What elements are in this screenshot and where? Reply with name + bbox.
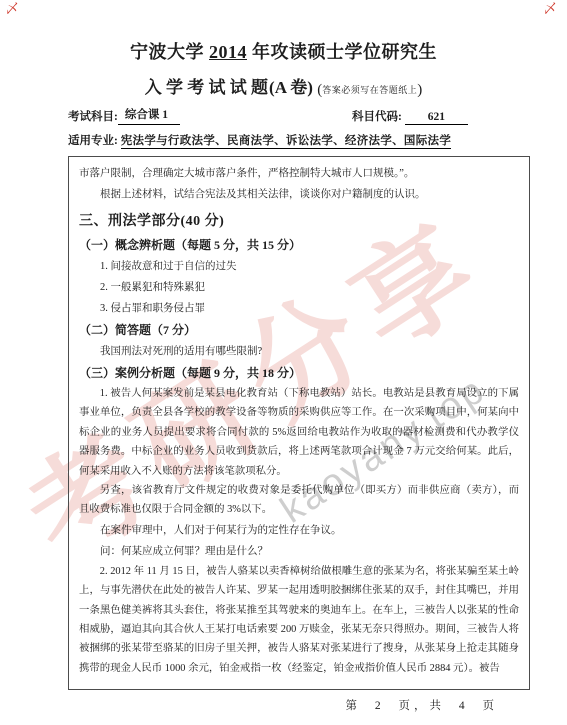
question-item: 我国刑法对死刑的适用有哪些限制? xyxy=(79,341,519,362)
page-title: 宁波大学2014年攻读硕士学位研究生 xyxy=(0,38,567,64)
body-line: 市落户限制，合理确定大城市落户条件，严格控制特大城市人口规模。”。 xyxy=(79,163,519,184)
title-university: 宁波大学 xyxy=(130,42,204,62)
case-line: 在案件审理中，人们对于何某行为的定性存在争议。 xyxy=(79,520,519,541)
case-paragraph: 另查，该省教育厅文件规定的收费对象是委托代购单位（即买方）而非供应商（卖方），而… xyxy=(79,481,519,520)
case-question-line: 问：何某应成立何罪？理由是什么？ xyxy=(79,541,519,562)
subsection-heading: （一）概念辨析题（每题 5 分，共 15 分） xyxy=(79,234,519,256)
note-close-paren: ) xyxy=(417,82,422,98)
subject-value: 综合课 1 xyxy=(118,108,180,125)
paper-type-label: (A 卷) xyxy=(269,78,313,97)
question-item: 1. 间接故意和过于自信的过失 xyxy=(100,256,519,277)
exam-paper-page: 考研分享 kaoyany.top 乄 乄 宁波大学2014年攻读硕士学位研究生 … xyxy=(0,0,567,725)
page-number-footer: 第 2 页，共 4 页 xyxy=(0,697,498,713)
code-group: 科目代码: 621 xyxy=(352,110,468,125)
code-value: 621 xyxy=(405,111,468,125)
subject-label: 考试科目: xyxy=(68,110,118,125)
question-box: 市落户限制，合理确定大城市落户条件，严格控制特大城市人口规模。”。 根据上述材料… xyxy=(68,156,530,690)
corner-mark-left: 乄 xyxy=(6,2,19,16)
major-row: 适用专业: 宪法学与行政法学、民商法学、诉讼法学、经济法学、国际法学 xyxy=(68,133,530,149)
question-item: 3. 侵占罪和职务侵占罪 xyxy=(100,298,519,319)
exam-title: 入 学 考 试 试 题 xyxy=(145,78,268,97)
major-label: 适用专业: xyxy=(68,135,118,147)
case-paragraph: 2. 2012 年 11 月 15 日，被告人骆某以卖香樟树给做根雕生意的张某为… xyxy=(79,562,519,678)
code-label: 科目代码: xyxy=(352,111,402,123)
case-paragraph: 1. 被告人何某案发前是某县电化教育站（下称电教站）站长。电教站是县教育局设立的… xyxy=(79,384,519,481)
major-value: 宪法学与行政法学、民商法学、诉讼法学、经济法学、国际法学 xyxy=(121,135,451,149)
exam-title-row: 入 学 考 试 试 题(A 卷) (答案必须写在答题纸上) xyxy=(0,73,567,99)
corner-mark-right: 乄 xyxy=(544,2,557,16)
section-heading: 三、刑法学部分(40 分) xyxy=(79,210,519,234)
subsection-heading: （二）简答题（7 分） xyxy=(79,319,519,341)
title-year: 2014 xyxy=(204,42,252,62)
title-suffix: 年攻读硕士学位研究生 xyxy=(252,42,437,62)
subsection-heading: （三）案例分析题（每题 9 分，共 18 分） xyxy=(79,362,519,384)
subject-code-row: 考试科目: 综合课 1 科目代码: 621 xyxy=(68,108,530,125)
question-item: 2. 一般累犯和特殊累犯 xyxy=(100,277,519,298)
answer-sheet-note: 答案必须写在答题纸上 xyxy=(322,85,417,95)
body-line: 根据上述材料，试结合宪法及其相关法律，谈谈你对户籍制度的认识。 xyxy=(79,184,519,205)
